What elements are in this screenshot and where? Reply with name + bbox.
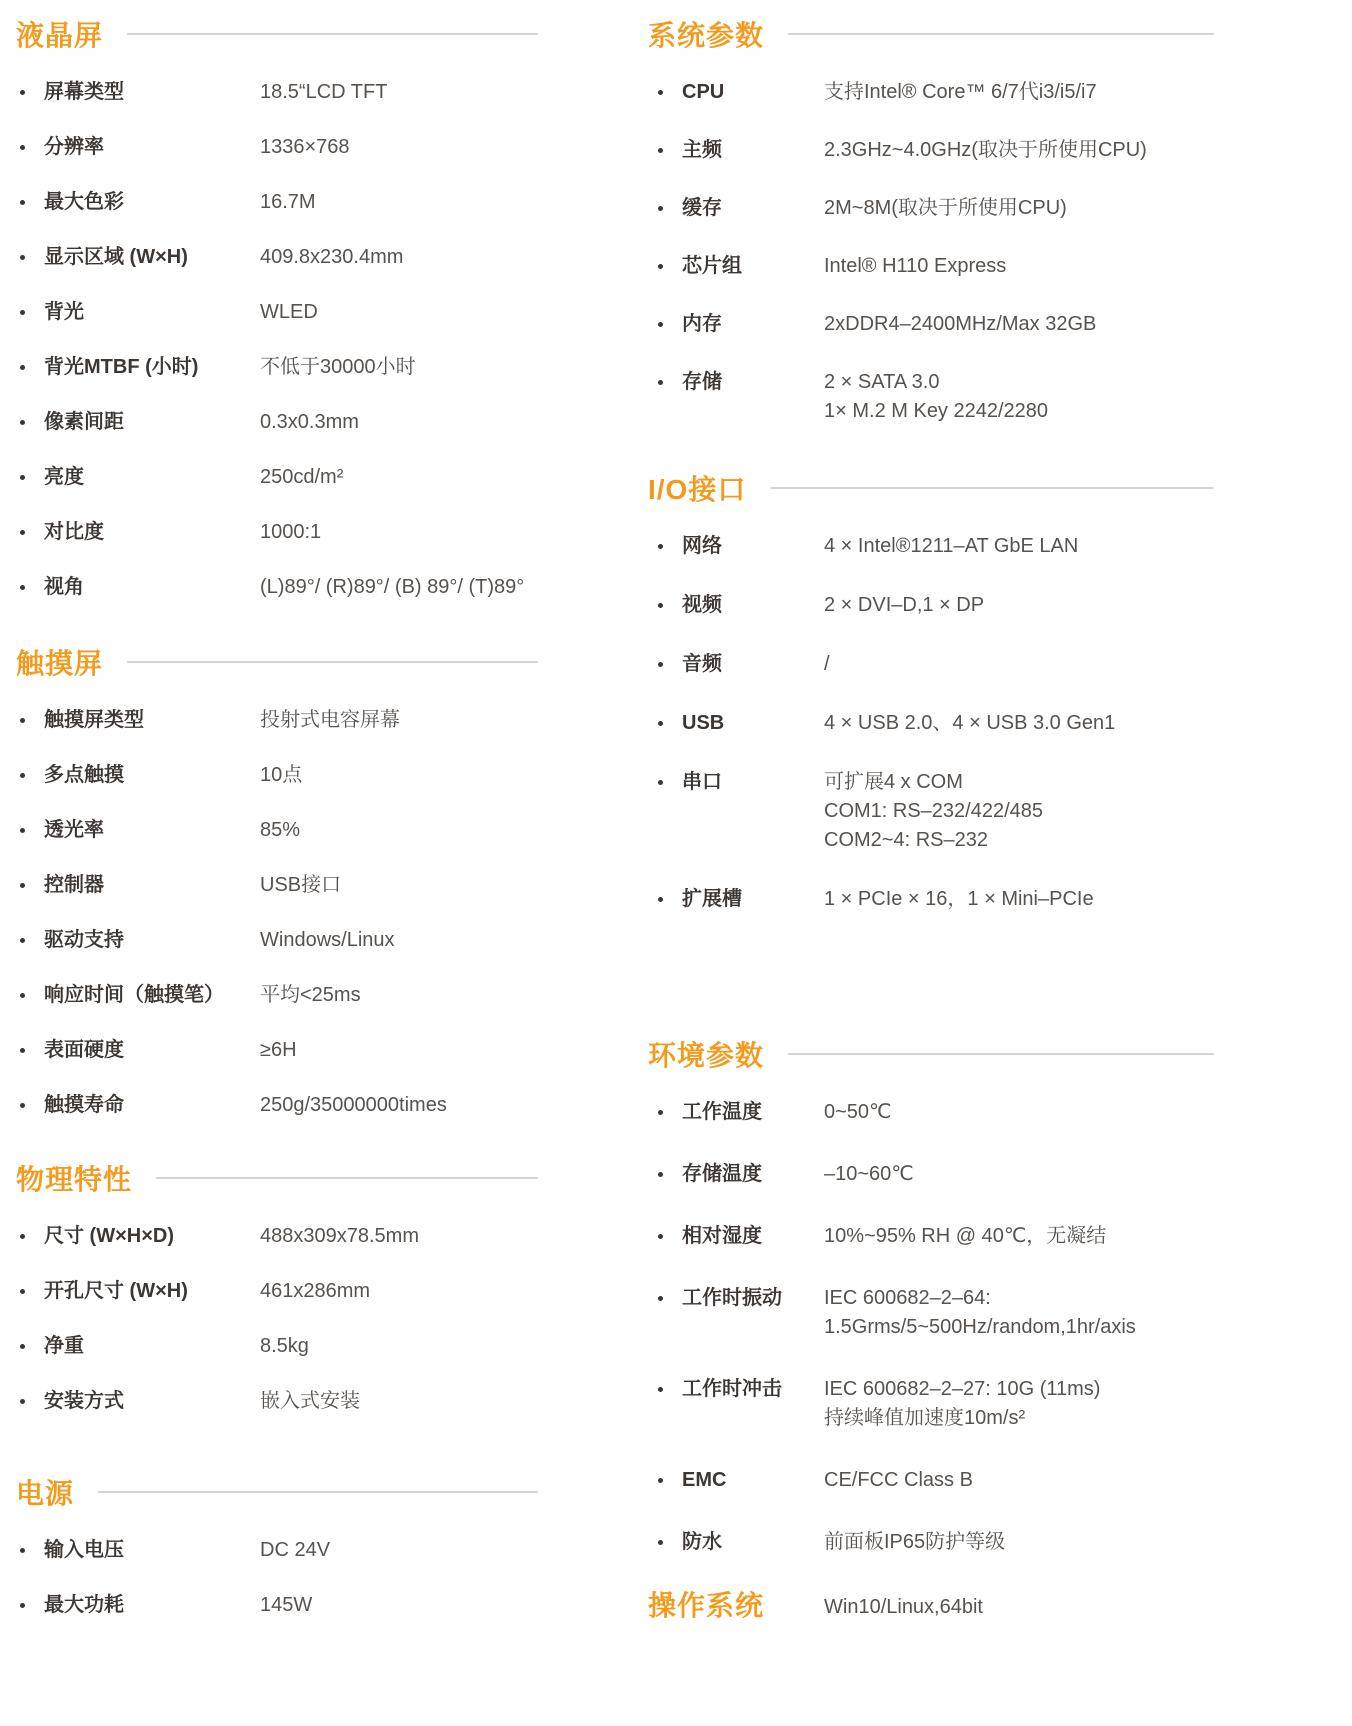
spec-label: 分辨率 xyxy=(44,133,260,161)
spec-value: 8.5kg xyxy=(260,1332,309,1361)
spec-label: 工作时振动 xyxy=(682,1284,824,1312)
spec-row: 芯片组Intel® H110 Express xyxy=(648,252,1214,281)
section-divider-line xyxy=(770,487,1214,489)
spec-value: Windows/Linux xyxy=(260,926,395,955)
spec-row: 安装方式嵌入式安装 xyxy=(16,1387,538,1416)
spec-value: 1 × PCIe × 16，1 × Mini–PCIe xyxy=(824,885,1094,914)
bullet-icon xyxy=(658,897,663,902)
spec-value: 18.5“LCD TFT xyxy=(260,78,387,107)
spec-label: 视角 xyxy=(44,573,260,601)
bullet-icon xyxy=(658,148,663,153)
bullet-icon xyxy=(658,662,663,667)
section-divider-line xyxy=(127,661,538,663)
section-divider-line xyxy=(127,33,538,35)
section-header: 环境参数 xyxy=(648,1034,1214,1074)
bullet-icon xyxy=(20,1603,25,1608)
spec-value: 平均<25ms xyxy=(260,981,361,1010)
spec-value: 10%~95% RH @ 40℃，无凝结 xyxy=(824,1222,1106,1251)
spec-row: 缓存2M~8M(取决于所使用CPU) xyxy=(648,194,1214,223)
spec-row: 亮度250cd/m² xyxy=(16,463,538,492)
spec-label: 音频 xyxy=(682,650,824,678)
spec-row: 驱动支持Windows/Linux xyxy=(16,926,538,955)
spec-value: 0~50℃ xyxy=(824,1098,892,1127)
spec-value: 461x286mm xyxy=(260,1277,370,1306)
section-header: 物理特性 xyxy=(16,1158,538,1198)
spec-section: 物理特性尺寸 (W×H×D)488x309x78.5mm开孔尺寸 (W×H)46… xyxy=(16,1158,538,1416)
spec-section: I/O接口网络4 × Intel®1211–AT GbE LAN视频2 × DV… xyxy=(648,468,1214,914)
spec-row: 开孔尺寸 (W×H)461x286mm xyxy=(16,1277,538,1306)
bullet-icon xyxy=(658,1387,663,1392)
bullet-icon xyxy=(658,721,663,726)
spec-value: ≥6H xyxy=(260,1036,297,1065)
spec-value: (L)89°/ (R)89°/ (B) 89°/ (T)89° xyxy=(260,573,524,602)
spec-label: 对比度 xyxy=(44,518,260,546)
spec-row: 存储温度–10~60℃ xyxy=(648,1160,1214,1189)
section-divider-line xyxy=(98,1491,538,1493)
spec-label: 多点触摸 xyxy=(44,761,260,789)
spec-row: 控制器USB接口 xyxy=(16,871,538,900)
bullet-icon xyxy=(658,1110,663,1115)
bullet-icon xyxy=(658,1296,663,1301)
spec-value: 不低于30000小时 xyxy=(260,353,416,382)
spec-row: 扩展槽1 × PCIe × 16，1 × Mini–PCIe xyxy=(648,885,1214,914)
spec-label: 安装方式 xyxy=(44,1387,260,1415)
spec-label: 净重 xyxy=(44,1332,260,1360)
spec-value: 2 × SATA 3.0 1× M.2 M Key 2242/2280 xyxy=(824,368,1048,426)
bullet-icon xyxy=(20,1048,25,1053)
column-left: 液晶屏屏幕类型18.5“LCD TFT分辨率1336×768最大色彩16.7M显… xyxy=(16,14,538,1646)
section-header: 触摸屏 xyxy=(16,642,538,682)
spec-label: CPU xyxy=(682,78,824,106)
spec-value: DC 24V xyxy=(260,1536,330,1565)
bullet-icon xyxy=(20,1399,25,1404)
spec-row: 尺寸 (W×H×D)488x309x78.5mm xyxy=(16,1222,538,1251)
bullet-icon xyxy=(658,322,663,327)
spec-label: 背光 xyxy=(44,298,260,326)
spec-section: 触摸屏触摸屏类型投射式电容屏幕多点触摸10点透光率85%控制器USB接口驱动支持… xyxy=(16,642,538,1120)
spec-label: 相对湿度 xyxy=(682,1222,824,1250)
spec-row: 音频/ xyxy=(648,650,1214,679)
spec-row: 显示区域 (W×H)409.8x230.4mm xyxy=(16,243,538,272)
spec-label: 屏幕类型 xyxy=(44,78,260,106)
section-header: 液晶屏 xyxy=(16,14,538,54)
os-row: 操作系统Win10/Linux,64bit xyxy=(648,1590,1214,1622)
bullet-icon xyxy=(20,1234,25,1239)
bullet-icon xyxy=(20,773,25,778)
spec-value: IEC 600682–2–64: 1.5Grms/5~500Hz/random,… xyxy=(824,1284,1136,1342)
bullet-icon xyxy=(20,90,25,95)
section-title: 系统参数 xyxy=(648,14,764,54)
spec-row: 工作时振动IEC 600682–2–64: 1.5Grms/5~500Hz/ra… xyxy=(648,1284,1214,1342)
spec-label: 触摸寿命 xyxy=(44,1091,260,1119)
spec-label: 像素间距 xyxy=(44,408,260,436)
bullet-icon xyxy=(20,1344,25,1349)
spec-value: 2xDDR4–2400MHz/Max 32GB xyxy=(824,310,1096,339)
spec-label: 尺寸 (W×H×D) xyxy=(44,1222,260,1250)
spec-value: 可扩展4 x COM COM1: RS–232/422/485 COM2~4: … xyxy=(824,768,1043,855)
spec-row: 视频2 × DVI–D,1 × DP xyxy=(648,591,1214,620)
spec-label: 触摸屏类型 xyxy=(44,706,260,734)
spec-label: 网络 xyxy=(682,532,824,560)
bullet-icon xyxy=(658,90,663,95)
spec-value: 支持Intel® Core™ 6/7代i3/i5/i7 xyxy=(824,78,1097,107)
spec-label: 工作时冲击 xyxy=(682,1375,824,1403)
spec-row: 视角(L)89°/ (R)89°/ (B) 89°/ (T)89° xyxy=(16,573,538,602)
spec-value: 2M~8M(取决于所使用CPU) xyxy=(824,194,1067,223)
section-divider-line xyxy=(156,1177,538,1179)
spec-value: –10~60℃ xyxy=(824,1160,914,1189)
bullet-icon xyxy=(20,883,25,888)
spec-label: 透光率 xyxy=(44,816,260,844)
spec-value: IEC 600682–2–27: 10G (11ms) 持续峰值加速度10m/s… xyxy=(824,1375,1100,1433)
spec-label: 防水 xyxy=(682,1528,824,1556)
spec-row: 工作温度0~50℃ xyxy=(648,1098,1214,1127)
section-divider-line xyxy=(788,1053,1214,1055)
spec-label: 最大功耗 xyxy=(44,1591,260,1619)
bullet-icon xyxy=(20,828,25,833)
bullet-icon xyxy=(20,1103,25,1108)
spec-row: 触摸屏类型投射式电容屏幕 xyxy=(16,706,538,735)
spec-value: 投射式电容屏幕 xyxy=(260,706,400,735)
bullet-icon xyxy=(20,993,25,998)
spec-row: 背光WLED xyxy=(16,298,538,327)
section-title: 物理特性 xyxy=(16,1158,132,1198)
bullet-icon xyxy=(20,1289,25,1294)
spec-value: 0.3x0.3mm xyxy=(260,408,359,437)
bullet-icon xyxy=(658,780,663,785)
spec-label: 驱动支持 xyxy=(44,926,260,954)
bullet-icon xyxy=(20,420,25,425)
spec-value: 16.7M xyxy=(260,188,316,217)
spec-label: 响应时间（触摸笔） xyxy=(44,981,260,1009)
spec-value: 前面板IP65防护等级 xyxy=(824,1528,1005,1557)
spec-row: 透光率85% xyxy=(16,816,538,845)
spec-label: 串口 xyxy=(682,768,824,796)
spec-row: 主频2.3GHz~4.0GHz(取决于所使用CPU) xyxy=(648,136,1214,165)
spec-label: 开孔尺寸 (W×H) xyxy=(44,1277,260,1305)
spec-value: 4 × USB 2.0、4 × USB 3.0 Gen1 xyxy=(824,709,1115,738)
spec-row: 最大功耗145W xyxy=(16,1591,538,1620)
spec-label: 存储 xyxy=(682,368,824,396)
spec-row: 串口可扩展4 x COM COM1: RS–232/422/485 COM2~4… xyxy=(648,768,1214,855)
os-value: Win10/Linux,64bit xyxy=(824,1593,983,1622)
bullet-icon xyxy=(20,255,25,260)
section-header: 电源 xyxy=(16,1472,538,1512)
spec-row: 最大色彩16.7M xyxy=(16,188,538,217)
spec-row: USB4 × USB 2.0、4 × USB 3.0 Gen1 xyxy=(648,709,1214,738)
section-title: 触摸屏 xyxy=(16,642,103,682)
spec-label: 显示区域 (W×H) xyxy=(44,243,260,271)
spec-label: 缓存 xyxy=(682,194,824,222)
bullet-icon xyxy=(20,938,25,943)
spec-value: USB接口 xyxy=(260,871,341,900)
spec-row: 网络4 × Intel®1211–AT GbE LAN xyxy=(648,532,1214,561)
section-title: I/O接口 xyxy=(648,468,746,508)
spec-label: 工作温度 xyxy=(682,1098,824,1126)
section-title: 电源 xyxy=(16,1472,74,1512)
spec-value: 1000:1 xyxy=(260,518,321,547)
spec-value: 1336×768 xyxy=(260,133,350,162)
section-title: 环境参数 xyxy=(648,1034,764,1074)
spec-section: 液晶屏屏幕类型18.5“LCD TFT分辨率1336×768最大色彩16.7M显… xyxy=(16,14,538,602)
bullet-icon xyxy=(20,200,25,205)
spec-row: 输入电压DC 24V xyxy=(16,1536,538,1565)
spec-row: 防水前面板IP65防护等级 xyxy=(648,1528,1214,1557)
bullet-icon xyxy=(658,380,663,385)
spec-row: 内存2xDDR4–2400MHz/Max 32GB xyxy=(648,310,1214,339)
spec-row: 背光MTBF (小时)不低于30000小时 xyxy=(16,353,538,382)
spec-label: 内存 xyxy=(682,310,824,338)
spec-label: 输入电压 xyxy=(44,1536,260,1564)
bullet-icon xyxy=(658,1234,663,1239)
spec-row: 表面硬度≥6H xyxy=(16,1036,538,1065)
spec-label: 最大色彩 xyxy=(44,188,260,216)
spec-section: 电源输入电压DC 24V最大功耗145W xyxy=(16,1472,538,1620)
spec-label: 背光MTBF (小时) xyxy=(44,353,260,381)
spec-value: 2.3GHz~4.0GHz(取决于所使用CPU) xyxy=(824,136,1147,165)
spec-row: 触摸寿命250g/35000000times xyxy=(16,1091,538,1120)
bullet-icon xyxy=(20,585,25,590)
bullet-icon xyxy=(658,1540,663,1545)
spec-row: 响应时间（触摸笔）平均<25ms xyxy=(16,981,538,1010)
spec-value: / xyxy=(824,650,830,679)
spec-value: CE/FCC Class B xyxy=(824,1466,973,1495)
spec-row: CPU支持Intel® Core™ 6/7代i3/i5/i7 xyxy=(648,78,1214,107)
bullet-icon xyxy=(20,475,25,480)
spec-value: 2 × DVI–D,1 × DP xyxy=(824,591,984,620)
spec-row: 存储2 × SATA 3.0 1× M.2 M Key 2242/2280 xyxy=(648,368,1214,426)
bullet-icon xyxy=(658,1478,663,1483)
spec-label: EMC xyxy=(682,1466,824,1494)
bullet-icon xyxy=(20,1548,25,1553)
os-title: 操作系统 xyxy=(648,1590,824,1622)
bullet-icon xyxy=(20,530,25,535)
spec-section: 环境参数工作温度0~50℃存储温度–10~60℃相对湿度10%~95% RH @… xyxy=(648,1034,1214,1557)
bullet-icon xyxy=(20,365,25,370)
spec-row: 多点触摸10点 xyxy=(16,761,538,790)
spec-label: 存储温度 xyxy=(682,1160,824,1188)
spec-label: 控制器 xyxy=(44,871,260,899)
spec-label: 芯片组 xyxy=(682,252,824,280)
spec-label: 表面硬度 xyxy=(44,1036,260,1064)
spec-value: 145W xyxy=(260,1591,312,1620)
spec-label: 亮度 xyxy=(44,463,260,491)
section-title: 液晶屏 xyxy=(16,14,103,54)
spec-value: 85% xyxy=(260,816,300,845)
section-header: 系统参数 xyxy=(648,14,1214,54)
spec-row: 工作时冲击IEC 600682–2–27: 10G (11ms) 持续峰值加速度… xyxy=(648,1375,1214,1433)
spec-row: 净重8.5kg xyxy=(16,1332,538,1361)
spec-row: EMCCE/FCC Class B xyxy=(648,1466,1214,1495)
bullet-icon xyxy=(658,603,663,608)
spec-label: 主频 xyxy=(682,136,824,164)
spec-row: 相对湿度10%~95% RH @ 40℃，无凝结 xyxy=(648,1222,1214,1251)
spec-label: 扩展槽 xyxy=(682,885,824,913)
spec-value: 嵌入式安装 xyxy=(260,1387,360,1416)
spec-value: 488x309x78.5mm xyxy=(260,1222,419,1251)
spec-row: 像素间距0.3x0.3mm xyxy=(16,408,538,437)
section-divider-line xyxy=(788,33,1214,35)
spec-label: USB xyxy=(682,709,824,737)
section-header: I/O接口 xyxy=(648,468,1214,508)
bullet-icon xyxy=(658,264,663,269)
spec-row: 对比度1000:1 xyxy=(16,518,538,547)
bullet-icon xyxy=(20,718,25,723)
spec-value: 10点 xyxy=(260,761,302,790)
spec-value: 409.8x230.4mm xyxy=(260,243,403,272)
spec-value: Intel® H110 Express xyxy=(824,252,1006,281)
spec-value: WLED xyxy=(260,298,318,327)
spec-section: 系统参数CPU支持Intel® Core™ 6/7代i3/i5/i7主频2.3G… xyxy=(648,14,1214,426)
bullet-icon xyxy=(20,310,25,315)
column-right: 系统参数CPU支持Intel® Core™ 6/7代i3/i5/i7主频2.3G… xyxy=(648,14,1214,1622)
spec-label: 视频 xyxy=(682,591,824,619)
bullet-icon xyxy=(658,544,663,549)
bullet-icon xyxy=(658,206,663,211)
spec-value: 250g/35000000times xyxy=(260,1091,447,1120)
bullet-icon xyxy=(658,1172,663,1177)
spec-value: 4 × Intel®1211–AT GbE LAN xyxy=(824,532,1078,561)
spec-value: 250cd/m² xyxy=(260,463,343,492)
spec-row: 分辨率1336×768 xyxy=(16,133,538,162)
spec-row: 屏幕类型18.5“LCD TFT xyxy=(16,78,538,107)
bullet-icon xyxy=(20,145,25,150)
